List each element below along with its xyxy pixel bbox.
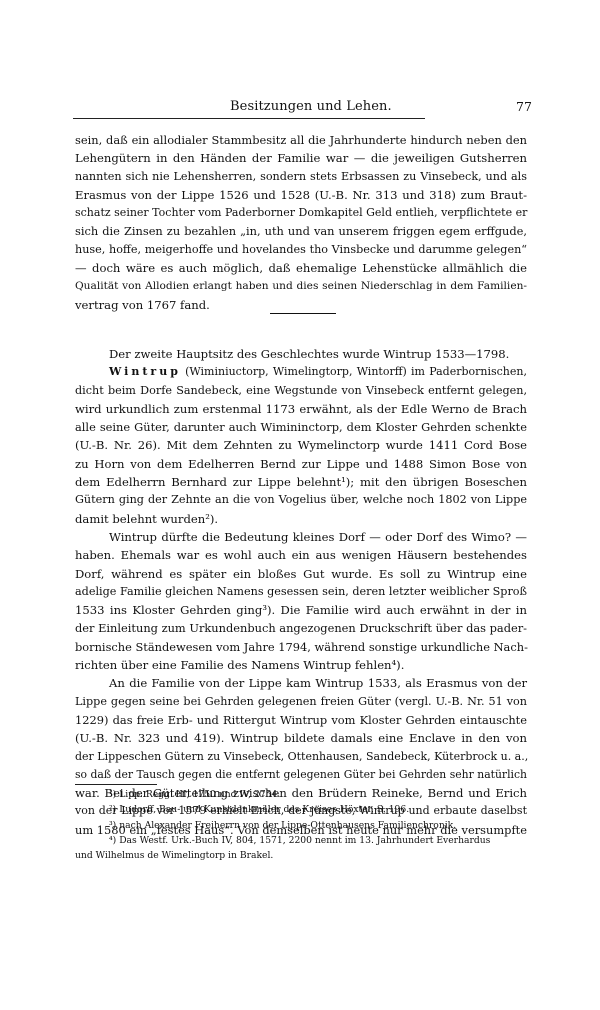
text-line: wird urkundlich zum erstenmal 1173 erwäh…	[75, 400, 527, 418]
footnote-4-continuation: und Wilhelmus de Wimelingtorp in Brakel.	[75, 848, 527, 863]
text-line: sein, daß ein allodialer Stammbesitz all…	[75, 131, 527, 149]
text-line: Lippe gegen seine bei Gehrden gelegenen …	[75, 693, 527, 711]
text-line: haben. Ehemals war es wohl auch ein aus …	[75, 546, 527, 564]
text-line: An die Familie von der Lippe kam Wintrup…	[75, 674, 527, 692]
text-line: 1229) das freie Erb- und Rittergut Wintr…	[75, 711, 527, 729]
text-line: adelige Familie gleichen Namens gesessen…	[75, 583, 527, 601]
text-line: sich die Zinsen zu bezahlen „in, uth und…	[75, 222, 527, 240]
text-line: so daß der Tausch gegen die entfernt gel…	[75, 766, 527, 784]
intro-line: Der zweite Hauptsitz des Geschlechtes wu…	[75, 345, 527, 363]
heading-word: Wintrup	[109, 365, 181, 378]
text-line: — doch wäre es auch möglich, daß ehemali…	[75, 259, 527, 277]
running-title: Besitzungen und Lehen.	[230, 99, 392, 114]
footnote-2: ²) Ludorff, Bau- und Kunstdenkmäler des …	[75, 802, 527, 817]
text-line: Wintrup dürfte die Bedeutung kleines Dor…	[75, 528, 527, 546]
text-line: alle seine Güter, darunter auch Wimininc…	[75, 418, 527, 436]
text-line: huse, hoffe, meigerhoffe und hovelandes …	[75, 241, 527, 259]
text-line: 1533 ins Kloster Gehrden ging³). Die Fam…	[75, 601, 527, 619]
footnote-rule	[75, 784, 157, 785]
text-line: zu Horn von dem Edelherren Bernd zur Lip…	[75, 455, 527, 473]
footnote-1: ¹) Lipp. Regg. III, 1750 und IV, 2754.	[75, 787, 527, 802]
text-line: Gütern ging der Zehnte an die von Vogeli…	[75, 491, 527, 509]
footnotes: ¹) Lipp. Regg. III, 1750 und IV, 2754. ²…	[75, 787, 527, 863]
text-line: richten über eine Familie des Namens Win…	[75, 656, 527, 674]
header-rule	[73, 118, 425, 119]
text-line: der Einleitung zum Urkundenbuch angezoge…	[75, 619, 527, 637]
text-line: schatz seiner Tochter vom Paderborner Do…	[75, 204, 527, 222]
text-line: dem Edelherrn Bernhard zur Lippe belehnt…	[75, 473, 527, 491]
footnote-3: ³) nach Alexander Freiherrn von der Lipp…	[75, 818, 527, 833]
text-line: (U.-B. Nr. 323 und 419). Wintrup bildete…	[75, 729, 527, 747]
text-line: vertrag von 1767 fand.	[75, 296, 527, 314]
text-line: dicht beim Dorfe Sandebeck, eine Wegstun…	[75, 382, 527, 400]
text-line: Wintrup (Wiminiuctorp, Wimelingtorp, Win…	[75, 363, 527, 381]
text-line: Lehengütern in den Händen der Familie wa…	[75, 149, 527, 167]
page-number: 77	[516, 99, 532, 114]
paragraph-allodial-estate: sein, daß ein allodialer Stammbesitz all…	[75, 131, 527, 314]
footnote-4: ⁴) Das Westf. Urk.-Buch IV, 804, 1571, 2…	[75, 833, 527, 848]
text-line: Erasmus von der Lippe 1526 und 1528 (U.-…	[75, 186, 527, 204]
text-line: damit belehnt wurden²).	[75, 510, 527, 528]
section-separator	[270, 313, 336, 314]
text-line: nannten sich nie Lehensherren, sondern s…	[75, 168, 527, 186]
text-line: der Lippeschen Gütern zu Vinsebeck, Otte…	[75, 748, 527, 766]
book-page: Besitzungen und Lehen. 77 sein, daß ein …	[0, 0, 600, 1010]
text-line: Qualität von Allodien erlangt haben und …	[75, 277, 527, 295]
text-line: (U.-B. Nr. 26). Mit dem Zehnten zu Wymel…	[75, 436, 527, 454]
text-line: Dorf, während es später ein bloßes Gut w…	[75, 565, 527, 583]
section-wintrup: Der zweite Hauptsitz des Geschlechtes wu…	[75, 345, 527, 839]
text-line: bornische Ständewesen vom Jahre 1794, wä…	[75, 638, 527, 656]
